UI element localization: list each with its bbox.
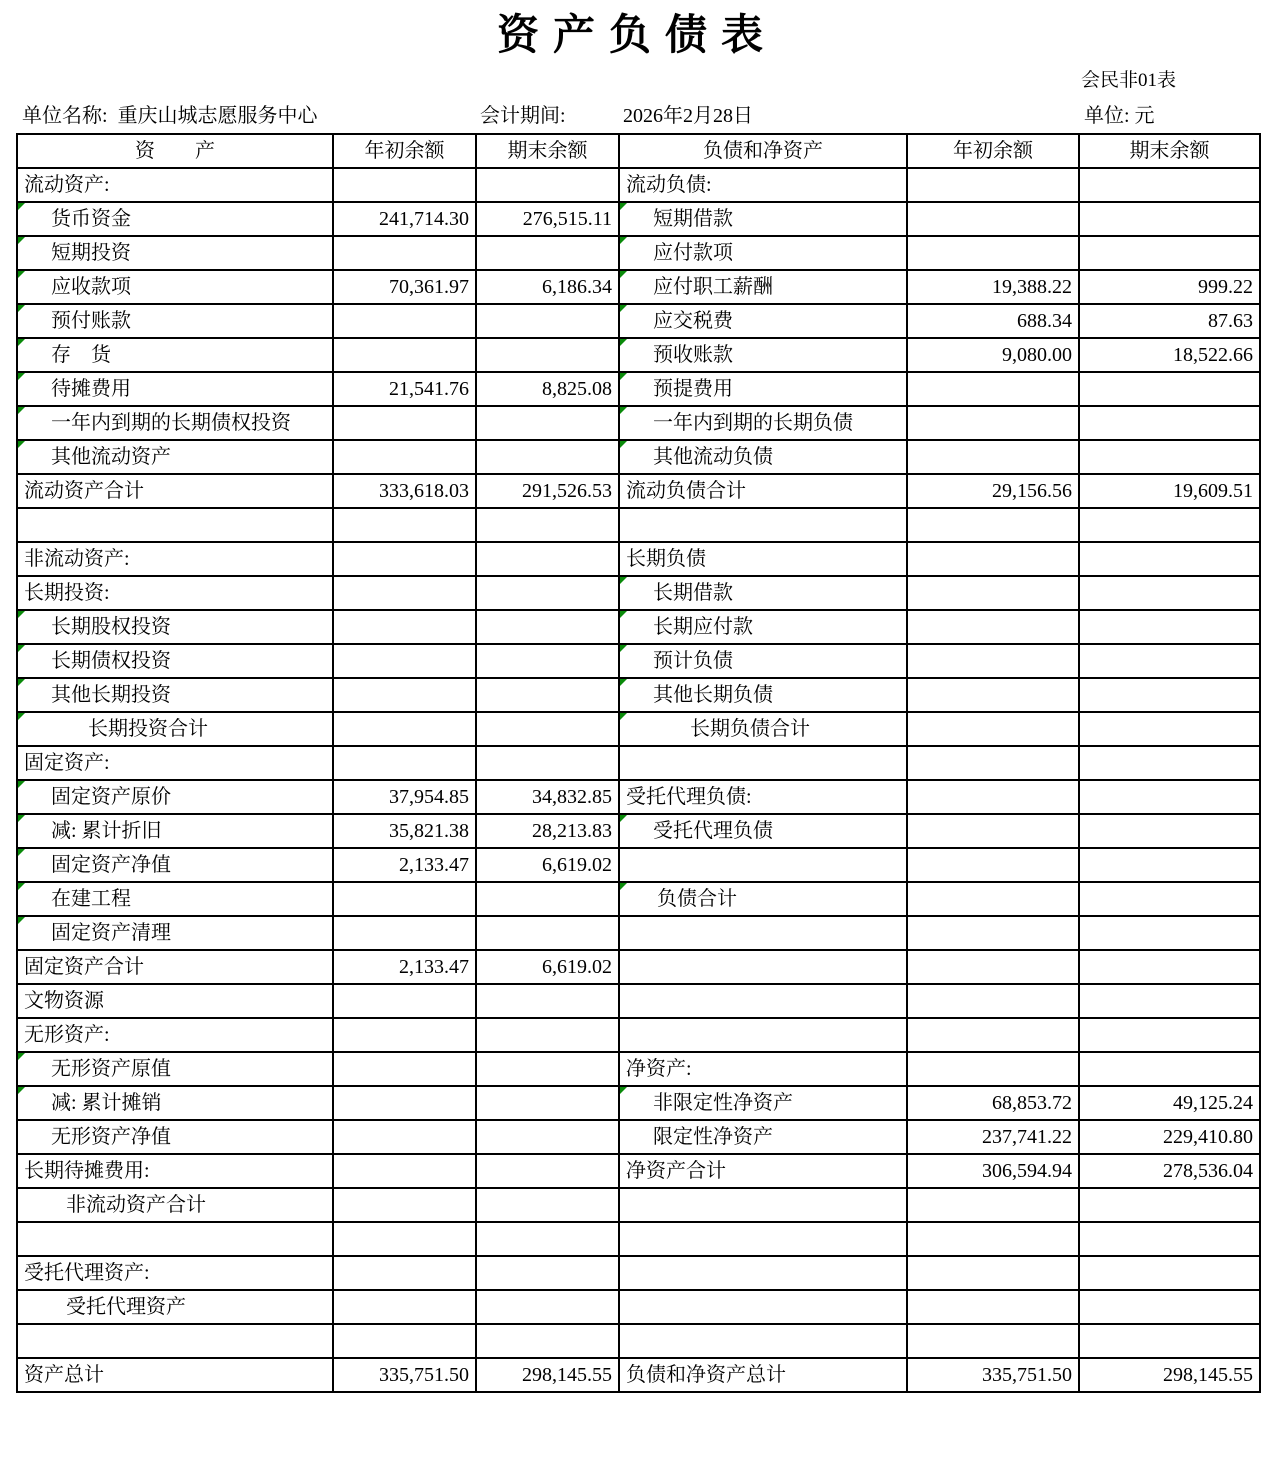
table-row: 非流动资产:长期负债 bbox=[17, 542, 1260, 576]
liability-label: 预计负债 bbox=[619, 644, 907, 678]
liability-begin-balance: 237,741.22 bbox=[907, 1120, 1079, 1154]
liability-begin-balance: 29,156.56 bbox=[907, 474, 1079, 508]
asset-end-balance bbox=[476, 984, 619, 1018]
asset-begin-balance bbox=[333, 1290, 476, 1324]
asset-end-balance: 28,213.83 bbox=[476, 814, 619, 848]
liability-label: 长期借款 bbox=[619, 576, 907, 610]
liability-begin-balance bbox=[907, 372, 1079, 406]
asset-begin-balance bbox=[333, 236, 476, 270]
asset-label: 非流动资产: bbox=[17, 542, 333, 576]
table-row bbox=[17, 1222, 1260, 1256]
asset-begin-balance bbox=[333, 916, 476, 950]
asset-label: 受托代理资产 bbox=[17, 1290, 333, 1324]
liability-begin-balance bbox=[907, 950, 1079, 984]
liability-label: 应付款项 bbox=[619, 236, 907, 270]
liability-end-balance bbox=[1079, 1222, 1260, 1256]
table-row: 固定资产: bbox=[17, 746, 1260, 780]
asset-label: 非流动资产合计 bbox=[17, 1188, 333, 1222]
asset-begin-balance bbox=[333, 746, 476, 780]
liability-end-balance bbox=[1079, 916, 1260, 950]
liability-end-balance: 229,410.80 bbox=[1079, 1120, 1260, 1154]
asset-end-balance: 298,145.55 bbox=[476, 1358, 619, 1392]
asset-end-balance bbox=[476, 1256, 619, 1290]
asset-begin-balance: 2,133.47 bbox=[333, 848, 476, 882]
liability-begin-balance bbox=[907, 1324, 1079, 1358]
asset-begin-balance bbox=[333, 1120, 476, 1154]
liability-begin-balance bbox=[907, 712, 1079, 746]
liability-label bbox=[619, 984, 907, 1018]
liability-label bbox=[619, 1256, 907, 1290]
liability-end-balance bbox=[1079, 610, 1260, 644]
asset-label bbox=[17, 1222, 333, 1256]
liability-label bbox=[619, 950, 907, 984]
liability-begin-balance bbox=[907, 508, 1079, 542]
liability-begin-balance bbox=[907, 780, 1079, 814]
liability-label bbox=[619, 746, 907, 780]
asset-begin-balance bbox=[333, 882, 476, 916]
asset-label: 流动资产合计 bbox=[17, 474, 333, 508]
asset-end-balance bbox=[476, 712, 619, 746]
liability-end-balance bbox=[1079, 814, 1260, 848]
asset-begin-balance bbox=[333, 542, 476, 576]
asset-begin-balance: 35,821.38 bbox=[333, 814, 476, 848]
asset-label: 在建工程 bbox=[17, 882, 333, 916]
asset-begin-balance bbox=[333, 1018, 476, 1052]
liability-begin-balance bbox=[907, 882, 1079, 916]
table-row: 货币资金241,714.30276,515.11短期借款 bbox=[17, 202, 1260, 236]
liability-begin-balance bbox=[907, 678, 1079, 712]
asset-begin-balance bbox=[333, 1188, 476, 1222]
asset-begin-balance bbox=[333, 1154, 476, 1188]
liability-begin-balance: 335,751.50 bbox=[907, 1358, 1079, 1392]
asset-label: 文物资源 bbox=[17, 984, 333, 1018]
asset-begin-balance: 70,361.97 bbox=[333, 270, 476, 304]
asset-label: 长期待摊费用: bbox=[17, 1154, 333, 1188]
asset-label: 应收款项 bbox=[17, 270, 333, 304]
asset-label bbox=[17, 508, 333, 542]
liability-end-balance bbox=[1079, 168, 1260, 202]
asset-label: 短期投资 bbox=[17, 236, 333, 270]
liability-label: 净资产合计 bbox=[619, 1154, 907, 1188]
asset-label: 货币资金 bbox=[17, 202, 333, 236]
liability-begin-balance bbox=[907, 236, 1079, 270]
liability-end-balance bbox=[1079, 236, 1260, 270]
liability-begin-balance bbox=[907, 1290, 1079, 1324]
asset-label: 无形资产: bbox=[17, 1018, 333, 1052]
asset-begin-balance bbox=[333, 678, 476, 712]
asset-end-balance bbox=[476, 916, 619, 950]
asset-begin-balance: 335,751.50 bbox=[333, 1358, 476, 1392]
liability-label: 应付职工薪酬 bbox=[619, 270, 907, 304]
liability-begin-balance bbox=[907, 202, 1079, 236]
liability-end-balance bbox=[1079, 202, 1260, 236]
page-title: 资产负债表 bbox=[0, 10, 1274, 62]
asset-begin-balance bbox=[333, 712, 476, 746]
table-row: 减: 累计折旧35,821.3828,213.83受托代理负债 bbox=[17, 814, 1260, 848]
table-row: 无形资产净值限定性净资产237,741.22229,410.80 bbox=[17, 1120, 1260, 1154]
liability-end-balance bbox=[1079, 542, 1260, 576]
asset-begin-balance: 241,714.30 bbox=[333, 202, 476, 236]
liability-begin-balance bbox=[907, 984, 1079, 1018]
liability-begin-balance bbox=[907, 542, 1079, 576]
table-row: 其他长期投资其他长期负债 bbox=[17, 678, 1260, 712]
liability-end-balance bbox=[1079, 1256, 1260, 1290]
unit-name-value: 重庆山城志愿服务中心 bbox=[118, 105, 318, 127]
liability-begin-balance: 19,388.22 bbox=[907, 270, 1079, 304]
asset-begin-balance bbox=[333, 984, 476, 1018]
asset-end-balance bbox=[476, 1120, 619, 1154]
liability-label: 流动负债: bbox=[619, 168, 907, 202]
header-assets: 资 产 bbox=[17, 134, 333, 168]
liability-begin-balance: 306,594.94 bbox=[907, 1154, 1079, 1188]
table-row: 文物资源 bbox=[17, 984, 1260, 1018]
asset-begin-balance bbox=[333, 304, 476, 338]
asset-label: 流动资产: bbox=[17, 168, 333, 202]
asset-end-balance bbox=[476, 508, 619, 542]
table-row: 固定资产原价37,954.8534,832.85受托代理负债: bbox=[17, 780, 1260, 814]
table-row: 预付账款应交税费688.3487.63 bbox=[17, 304, 1260, 338]
asset-end-balance bbox=[476, 1086, 619, 1120]
liability-begin-balance bbox=[907, 644, 1079, 678]
table-row: 流动资产:流动负债: bbox=[17, 168, 1260, 202]
liability-end-balance: 278,536.04 bbox=[1079, 1154, 1260, 1188]
asset-end-balance: 6,619.02 bbox=[476, 950, 619, 984]
asset-label: 固定资产合计 bbox=[17, 950, 333, 984]
asset-end-balance: 6,186.34 bbox=[476, 270, 619, 304]
asset-label: 长期投资: bbox=[17, 576, 333, 610]
liability-begin-balance: 68,853.72 bbox=[907, 1086, 1079, 1120]
asset-label: 无形资产原值 bbox=[17, 1052, 333, 1086]
asset-end-balance bbox=[476, 406, 619, 440]
header-row: 资 产 年初余额 期末余额 负债和净资产 年初余额 期末余额 bbox=[17, 134, 1260, 168]
liability-begin-balance bbox=[907, 406, 1079, 440]
liability-end-balance bbox=[1079, 440, 1260, 474]
asset-begin-balance: 333,618.03 bbox=[333, 474, 476, 508]
liability-label: 其他长期负债 bbox=[619, 678, 907, 712]
asset-begin-balance bbox=[333, 1324, 476, 1358]
asset-end-balance bbox=[476, 1052, 619, 1086]
liability-end-balance bbox=[1079, 644, 1260, 678]
liability-label bbox=[619, 1018, 907, 1052]
unit-name-label: 单位名称: bbox=[22, 105, 108, 127]
liability-begin-balance bbox=[907, 814, 1079, 848]
liability-label bbox=[619, 848, 907, 882]
currency-unit: 单位: 元 bbox=[1084, 102, 1155, 130]
asset-end-balance bbox=[476, 1290, 619, 1324]
asset-end-balance: 276,515.11 bbox=[476, 202, 619, 236]
asset-begin-balance bbox=[333, 1222, 476, 1256]
asset-label: 无形资产净值 bbox=[17, 1120, 333, 1154]
table-row: 长期待摊费用:净资产合计306,594.94278,536.04 bbox=[17, 1154, 1260, 1188]
liability-end-balance: 999.22 bbox=[1079, 270, 1260, 304]
liability-begin-balance: 9,080.00 bbox=[907, 338, 1079, 372]
asset-begin-balance bbox=[333, 1052, 476, 1086]
header-liabilities-end: 期末余额 bbox=[1079, 134, 1260, 168]
table-row: 无形资产原值净资产: bbox=[17, 1052, 1260, 1086]
liability-end-balance bbox=[1079, 746, 1260, 780]
asset-label: 固定资产净值 bbox=[17, 848, 333, 882]
liability-label bbox=[619, 1222, 907, 1256]
asset-label: 长期债权投资 bbox=[17, 644, 333, 678]
liability-label: 限定性净资产 bbox=[619, 1120, 907, 1154]
liability-begin-balance bbox=[907, 1052, 1079, 1086]
liability-label bbox=[619, 1290, 907, 1324]
asset-label: 存 货 bbox=[17, 338, 333, 372]
liability-end-balance bbox=[1079, 1290, 1260, 1324]
table-row: 一年内到期的长期债权投资一年内到期的长期负债 bbox=[17, 406, 1260, 440]
asset-begin-balance bbox=[333, 406, 476, 440]
table-row: 无形资产: bbox=[17, 1018, 1260, 1052]
asset-end-balance bbox=[476, 746, 619, 780]
table-row bbox=[17, 1324, 1260, 1358]
asset-begin-balance: 37,954.85 bbox=[333, 780, 476, 814]
asset-begin-balance: 2,133.47 bbox=[333, 950, 476, 984]
asset-end-balance bbox=[476, 644, 619, 678]
asset-end-balance bbox=[476, 610, 619, 644]
liability-end-balance bbox=[1079, 882, 1260, 916]
asset-end-balance: 291,526.53 bbox=[476, 474, 619, 508]
table-row: 长期投资合计长期负债合计 bbox=[17, 712, 1260, 746]
header-liabilities: 负债和净资产 bbox=[619, 134, 907, 168]
table-row: 固定资产合计2,133.476,619.02 bbox=[17, 950, 1260, 984]
liability-begin-balance bbox=[907, 610, 1079, 644]
balance-sheet-table: 资 产 年初余额 期末余额 负债和净资产 年初余额 期末余额 流动资产:流动负债… bbox=[16, 133, 1261, 1393]
table-row: 固定资产清理 bbox=[17, 916, 1260, 950]
table-row: 受托代理资产: bbox=[17, 1256, 1260, 1290]
period-value: 2026年2月28日 bbox=[623, 102, 753, 130]
liability-end-balance bbox=[1079, 1018, 1260, 1052]
asset-end-balance bbox=[476, 1188, 619, 1222]
liability-label: 预收账款 bbox=[619, 338, 907, 372]
asset-label: 预付账款 bbox=[17, 304, 333, 338]
table-row: 存 货预收账款9,080.0018,522.66 bbox=[17, 338, 1260, 372]
asset-end-balance bbox=[476, 1222, 619, 1256]
liability-label: 负债合计 bbox=[619, 882, 907, 916]
liability-end-balance: 298,145.55 bbox=[1079, 1358, 1260, 1392]
header-liabilities-begin: 年初余额 bbox=[907, 134, 1079, 168]
liability-end-balance bbox=[1079, 406, 1260, 440]
table-row: 长期投资:长期借款 bbox=[17, 576, 1260, 610]
asset-label: 其他流动资产 bbox=[17, 440, 333, 474]
asset-end-balance bbox=[476, 236, 619, 270]
liability-begin-balance bbox=[907, 576, 1079, 610]
asset-begin-balance bbox=[333, 168, 476, 202]
table-row: 流动资产合计333,618.03291,526.53流动负债合计29,156.5… bbox=[17, 474, 1260, 508]
liability-label: 非限定性净资产 bbox=[619, 1086, 907, 1120]
liability-end-balance bbox=[1079, 1188, 1260, 1222]
asset-end-balance bbox=[476, 678, 619, 712]
table-row: 待摊费用21,541.768,825.08预提费用 bbox=[17, 372, 1260, 406]
liability-label: 预提费用 bbox=[619, 372, 907, 406]
liability-begin-balance: 688.34 bbox=[907, 304, 1079, 338]
liability-label: 长期负债 bbox=[619, 542, 907, 576]
liability-end-balance bbox=[1079, 984, 1260, 1018]
liability-end-balance bbox=[1079, 576, 1260, 610]
asset-end-balance bbox=[476, 576, 619, 610]
asset-label bbox=[17, 1324, 333, 1358]
table-row: 非流动资产合计 bbox=[17, 1188, 1260, 1222]
liability-begin-balance bbox=[907, 1188, 1079, 1222]
table-row: 固定资产净值2,133.476,619.02 bbox=[17, 848, 1260, 882]
liability-label: 一年内到期的长期负债 bbox=[619, 406, 907, 440]
asset-label: 减: 累计摊销 bbox=[17, 1086, 333, 1120]
table-row: 受托代理资产 bbox=[17, 1290, 1260, 1324]
asset-end-balance: 34,832.85 bbox=[476, 780, 619, 814]
liability-label bbox=[619, 508, 907, 542]
liability-label: 长期负债合计 bbox=[619, 712, 907, 746]
liability-end-balance bbox=[1079, 372, 1260, 406]
asset-end-balance bbox=[476, 168, 619, 202]
liability-end-balance bbox=[1079, 1324, 1260, 1358]
unit-name: 单位名称: 重庆山城志愿服务中心 bbox=[22, 102, 318, 130]
asset-label: 减: 累计折旧 bbox=[17, 814, 333, 848]
asset-label: 长期投资合计 bbox=[17, 712, 333, 746]
asset-begin-balance bbox=[333, 576, 476, 610]
liability-label bbox=[619, 916, 907, 950]
liability-end-balance: 87.63 bbox=[1079, 304, 1260, 338]
table-row: 长期债权投资预计负债 bbox=[17, 644, 1260, 678]
asset-label: 固定资产原价 bbox=[17, 780, 333, 814]
asset-begin-balance bbox=[333, 1086, 476, 1120]
asset-end-balance bbox=[476, 1018, 619, 1052]
liability-begin-balance bbox=[907, 1018, 1079, 1052]
liability-label: 短期借款 bbox=[619, 202, 907, 236]
liability-end-balance bbox=[1079, 712, 1260, 746]
liability-begin-balance bbox=[907, 440, 1079, 474]
liability-begin-balance bbox=[907, 1222, 1079, 1256]
table-row: 减: 累计摊销非限定性净资产68,853.7249,125.24 bbox=[17, 1086, 1260, 1120]
asset-end-balance bbox=[476, 1154, 619, 1188]
header-assets-end: 期末余额 bbox=[476, 134, 619, 168]
asset-end-balance: 6,619.02 bbox=[476, 848, 619, 882]
liability-begin-balance bbox=[907, 916, 1079, 950]
asset-label: 其他长期投资 bbox=[17, 678, 333, 712]
liability-label: 受托代理负债: bbox=[619, 780, 907, 814]
liability-end-balance bbox=[1079, 508, 1260, 542]
table-row: 资产总计335,751.50298,145.55负债和净资产总计335,751.… bbox=[17, 1358, 1260, 1392]
asset-end-balance bbox=[476, 304, 619, 338]
table-row: 短期投资应付款项 bbox=[17, 236, 1260, 270]
asset-end-balance bbox=[476, 338, 619, 372]
table-row: 应收款项70,361.976,186.34应付职工薪酬19,388.22999.… bbox=[17, 270, 1260, 304]
liability-label: 净资产: bbox=[619, 1052, 907, 1086]
liability-begin-balance bbox=[907, 746, 1079, 780]
asset-begin-balance bbox=[333, 1256, 476, 1290]
asset-label: 待摊费用 bbox=[17, 372, 333, 406]
liability-label: 负债和净资产总计 bbox=[619, 1358, 907, 1392]
asset-begin-balance bbox=[333, 610, 476, 644]
asset-label: 一年内到期的长期债权投资 bbox=[17, 406, 333, 440]
liability-end-balance bbox=[1079, 848, 1260, 882]
liability-label: 应交税费 bbox=[619, 304, 907, 338]
liability-end-balance: 19,609.51 bbox=[1079, 474, 1260, 508]
liability-label bbox=[619, 1324, 907, 1358]
asset-begin-balance bbox=[333, 338, 476, 372]
asset-label: 固定资产: bbox=[17, 746, 333, 780]
liability-label: 受托代理负债 bbox=[619, 814, 907, 848]
form-number: 会民非01表 bbox=[1081, 68, 1176, 94]
table-row: 在建工程负债合计 bbox=[17, 882, 1260, 916]
asset-end-balance bbox=[476, 542, 619, 576]
liability-end-balance bbox=[1079, 678, 1260, 712]
liability-begin-balance bbox=[907, 1256, 1079, 1290]
asset-label: 资产总计 bbox=[17, 1358, 333, 1392]
asset-label: 固定资产清理 bbox=[17, 916, 333, 950]
liability-label: 其他流动负债 bbox=[619, 440, 907, 474]
header-assets-begin: 年初余额 bbox=[333, 134, 476, 168]
period-label: 会计期间: bbox=[480, 102, 566, 130]
liability-begin-balance bbox=[907, 168, 1079, 202]
liability-end-balance bbox=[1079, 950, 1260, 984]
liability-end-balance bbox=[1079, 780, 1260, 814]
table-row bbox=[17, 508, 1260, 542]
table-row: 长期股权投资长期应付款 bbox=[17, 610, 1260, 644]
asset-begin-balance bbox=[333, 644, 476, 678]
liability-label bbox=[619, 1188, 907, 1222]
asset-label: 长期股权投资 bbox=[17, 610, 333, 644]
table-row: 其他流动资产其他流动负债 bbox=[17, 440, 1260, 474]
asset-begin-balance: 21,541.76 bbox=[333, 372, 476, 406]
asset-end-balance: 8,825.08 bbox=[476, 372, 619, 406]
liability-end-balance: 18,522.66 bbox=[1079, 338, 1260, 372]
asset-end-balance bbox=[476, 440, 619, 474]
liability-end-balance bbox=[1079, 1052, 1260, 1086]
asset-begin-balance bbox=[333, 440, 476, 474]
asset-label: 受托代理资产: bbox=[17, 1256, 333, 1290]
asset-begin-balance bbox=[333, 508, 476, 542]
liability-label: 流动负债合计 bbox=[619, 474, 907, 508]
liability-end-balance: 49,125.24 bbox=[1079, 1086, 1260, 1120]
liability-begin-balance bbox=[907, 848, 1079, 882]
liability-label: 长期应付款 bbox=[619, 610, 907, 644]
asset-end-balance bbox=[476, 882, 619, 916]
asset-end-balance bbox=[476, 1324, 619, 1358]
